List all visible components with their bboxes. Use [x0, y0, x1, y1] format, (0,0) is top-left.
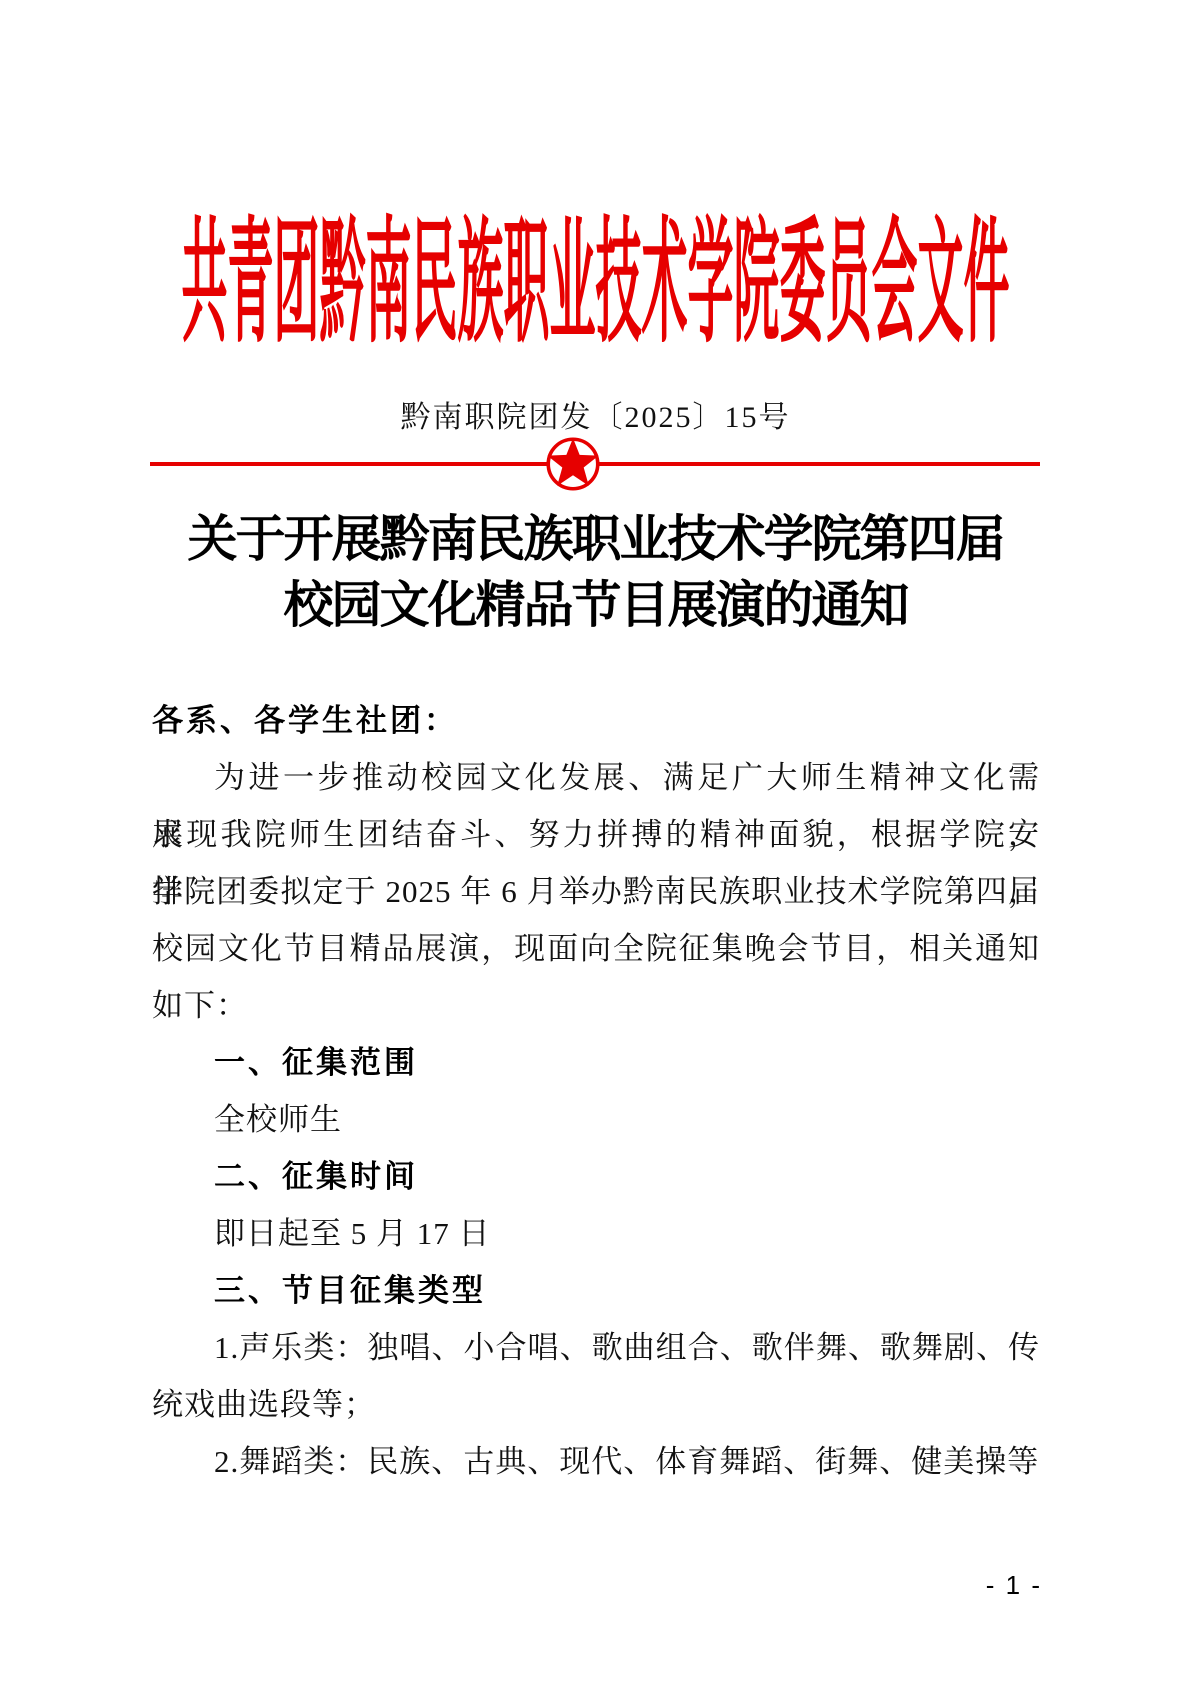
paragraph-line: 全校师生 — [152, 1091, 1040, 1148]
paragraph-line: 为进一步推动校园文化发展、满足广大师生精神文化需求， — [152, 749, 1040, 806]
document-page: 共青团黔南民族职业技术学院委员会文件 黔南职院团发〔2025〕15号 关于开展黔… — [0, 0, 1191, 1684]
doc-number: 黔南职院团发〔2025〕15号 — [0, 392, 1191, 436]
org-banner: 共青团黔南民族职业技术学院委员会文件 — [0, 262, 1191, 308]
page-number: - 1 - — [842, 1570, 1042, 1601]
doc-title-line1: 关于开展黔南民族职业技术学院第四届 — [0, 506, 1191, 572]
section-heading-2: 二、征集时间 — [152, 1148, 1040, 1205]
salutation: 各系、各学生社团： — [152, 692, 1040, 749]
paragraph-line: 校园文化节目精品展演，现面向全院征集晚会节目，相关通知 — [152, 920, 1040, 977]
paragraph-line: 展现我院师生团结奋斗、努力拼搏的精神面貌，根据学院安排， — [152, 806, 1040, 863]
doc-title: 关于开展黔南民族职业技术学院第四届 校园文化精品节目展演的通知 — [0, 506, 1191, 638]
section-heading-3: 三、节目征集类型 — [152, 1262, 1040, 1319]
doc-body: 各系、各学生社团： 为进一步推动校园文化发展、满足广大师生精神文化需求， 展现我… — [152, 692, 1040, 1490]
paragraph-line: 如下： — [152, 977, 1040, 1034]
doc-title-line2: 校园文化精品节目展演的通知 — [0, 572, 1191, 638]
paragraph-line: 统戏曲选段等； — [152, 1376, 1040, 1433]
section-heading-1: 一、征集范围 — [152, 1034, 1040, 1091]
paragraph-line: 即日起至 5 月 17 日 — [152, 1205, 1040, 1262]
paragraph-line: 学院团委拟定于 2025 年 6 月举办黔南民族职业技术学院第四届 — [152, 863, 1040, 920]
star-in-circle-icon — [546, 437, 600, 491]
paragraph-line: 1.声乐类：独唱、小合唱、歌曲组合、歌伴舞、歌舞剧、传 — [152, 1319, 1040, 1376]
org-banner-text: 共青团黔南民族职业技术学院委员会文件 — [182, 217, 1010, 353]
paragraph-line: 2.舞蹈类：民族、古典、现代、体育舞蹈、街舞、健美操等 — [152, 1433, 1040, 1490]
